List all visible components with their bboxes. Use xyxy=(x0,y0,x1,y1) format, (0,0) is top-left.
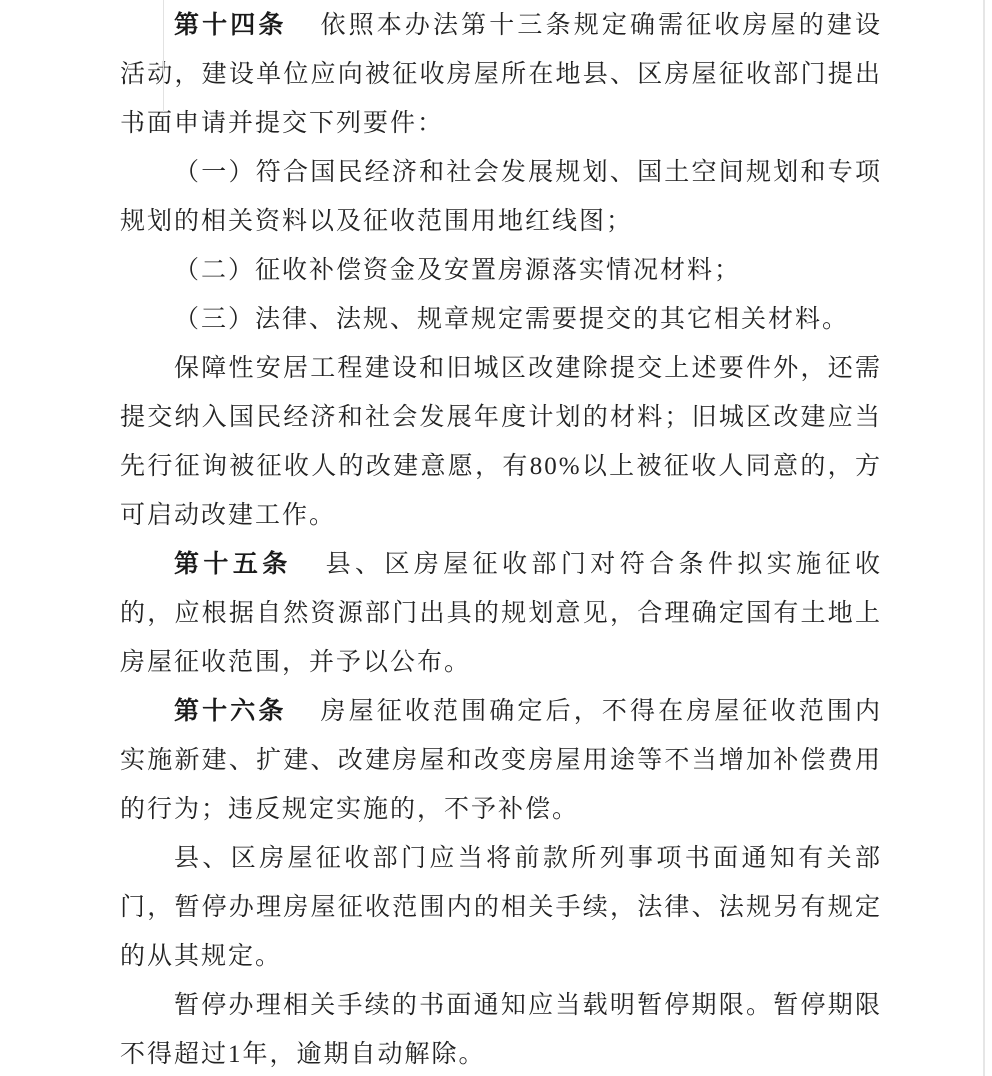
paragraph-text: 保障性安居工程建设和旧城区改建除提交上述要件外，还需提交纳入国民经济和社会发展年… xyxy=(120,355,882,529)
document-text-block: 第十四条依照本办法第十三条规定确需征收房屋的建设活动，建设单位应向被征收房屋所在… xyxy=(120,1,882,1076)
article-paragraph: 第十四条依照本办法第十三条规定确需征收房屋的建设活动，建设单位应向被征收房屋所在… xyxy=(120,1,882,148)
paragraph-text: 暂停办理相关手续的书面通知应当载明暂停期限。暂停期限不得超过1年，逾期自动解除。 xyxy=(120,992,882,1068)
list-item-paragraph: （一）符合国民经济和社会发展规划、国土空间规划和专项规划的相关资料以及征收范围用… xyxy=(120,148,882,246)
article-paragraph: 保障性安居工程建设和旧城区改建除提交上述要件外，还需提交纳入国民经济和社会发展年… xyxy=(120,344,882,540)
paragraph-text: （三）法律、法规、规章规定需要提交的其它相关材料。 xyxy=(174,306,849,333)
document-page: 第十四条依照本办法第十三条规定确需征收房屋的建设活动，建设单位应向被征收房屋所在… xyxy=(0,0,992,1076)
paragraph-text: （二）征收补偿资金及安置房源落实情况材料； xyxy=(174,257,741,284)
article-number: 第十四条 xyxy=(174,11,287,39)
article-paragraph: 第十五条县、区房屋征收部门对符合条件拟实施征收的，应根据自然资源部门出具的规划意… xyxy=(120,540,882,687)
article-number: 第十五条 xyxy=(174,550,292,578)
article-paragraph: 第十六条房屋征收范围确定后，不得在房屋征收范围内实施新建、扩建、改建房屋和改变房… xyxy=(120,687,882,834)
article-paragraph: 暂停办理相关手续的书面通知应当载明暂停期限。暂停期限不得超过1年，逾期自动解除。 xyxy=(120,981,882,1076)
list-item-paragraph: （二）征收补偿资金及安置房源落实情况材料； xyxy=(120,246,882,295)
article-number: 第十六条 xyxy=(174,697,287,725)
scan-artifact-right-edge-line xyxy=(983,0,985,1076)
paragraph-text: 县、区房屋征收部门应当将前款所列事项书面通知有关部门，暂停办理房屋征收范围内的相… xyxy=(120,845,882,970)
scan-artifact-top-left-line xyxy=(163,0,164,112)
article-paragraph: 县、区房屋征收部门应当将前款所列事项书面通知有关部门，暂停办理房屋征收范围内的相… xyxy=(120,834,882,981)
paragraph-text: （一）符合国民经济和社会发展规划、国土空间规划和专项规划的相关资料以及征收范围用… xyxy=(120,159,882,235)
list-item-paragraph: （三）法律、法规、规章规定需要提交的其它相关材料。 xyxy=(120,295,882,344)
